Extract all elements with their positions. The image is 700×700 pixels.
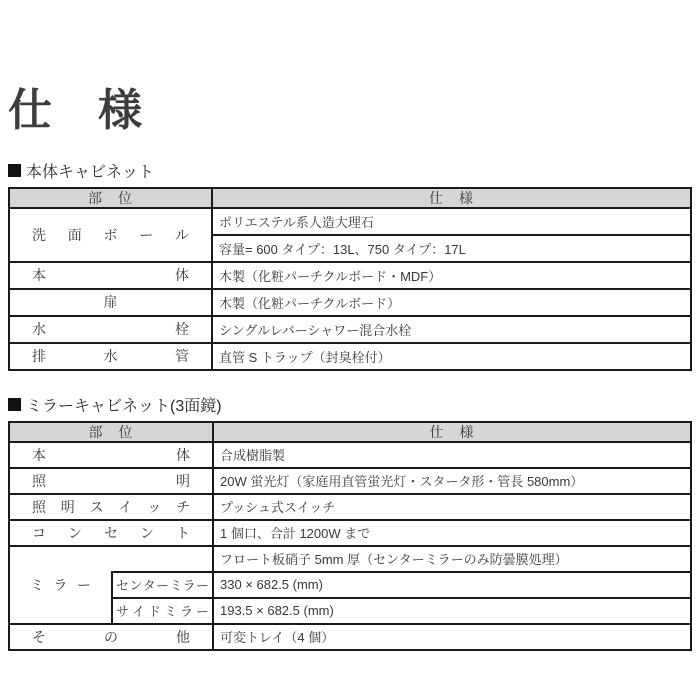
table-row-outlet: コンセント 1 個口、合計 1200W まで — [10, 519, 690, 545]
table-row-body: 本体 合成樹脂製 — [10, 441, 690, 467]
spec-cell: シングルレバーシャワー混合水栓 — [211, 317, 690, 342]
spec-cell: プッシュ式スイッチ — [212, 495, 690, 519]
section-body-cabinet: 本体キャビネット 部 位 仕 様 洗面ボール ポリエステル系人造大理石 容量= … — [8, 159, 692, 371]
table-row-basin: 洗面ボール ポリエステル系人造大理石 容量= 600 タイプ：13L、750 タ… — [10, 207, 690, 261]
part-cell: その他 — [10, 625, 212, 649]
mirror-sub-label: サイドミラー — [111, 597, 212, 623]
table-row-door: 扉 木製（化粧パーチクルボード） — [10, 288, 690, 315]
spec-cell: フロート板硝子 5mm 厚（センターミラーのみ防曇膜処理） — [212, 547, 690, 571]
table-row-light-switch: 照明スイッチ プッシュ式スイッチ — [10, 493, 690, 519]
section-heading-text: ミラーキャビネット(3面鏡) — [26, 393, 222, 416]
part-cell: 照明 — [10, 469, 212, 493]
table-row-faucet: 水栓 シングルレバーシャワー混合水栓 — [10, 315, 690, 342]
table-row-lighting: 照明 20W 蛍光灯（家庭用直管蛍光灯・スタータ形・管長 580mm） — [10, 467, 690, 493]
spec-cell: 1 個口、合計 1200W まで — [212, 521, 690, 545]
part-cell: 本体 — [10, 443, 212, 467]
part-cell: 照明スイッチ — [10, 495, 212, 519]
spec-cell: ポリエステル系人造大理石 — [213, 209, 690, 234]
table-row-drain: 排水管 直管 S トラップ（封臭栓付） — [10, 342, 690, 369]
section-bullet-icon — [8, 164, 21, 177]
mirror-cabinet-table: 部 位 仕 様 本体 合成樹脂製 照明 20W 蛍光灯（家庭用直管蛍光灯・スター… — [8, 421, 692, 651]
spec-cell: 容量= 600 タイプ：13L、750 タイプ：17L — [213, 234, 690, 261]
section-heading: 本体キャビネット — [8, 159, 692, 182]
spec-cell: 直管 S トラップ（封臭栓付） — [211, 344, 690, 369]
part-cell: 水栓 — [10, 317, 211, 342]
spec-page: 仕 様 本体キャビネット 部 位 仕 様 洗面ボール ポリエステル系人造大理石 … — [0, 0, 700, 700]
part-cell: ミラー — [10, 547, 111, 623]
page-title: 仕 様 — [8, 86, 692, 137]
table-row-mirror-group: ミラー フロート板硝子 5mm 厚（センターミラーのみ防曇膜処理） センターミラ… — [10, 545, 690, 623]
part-cell: 扉 — [10, 290, 211, 315]
section-bullet-icon — [8, 398, 21, 411]
table-row-other: その他 可変トレイ（4 個） — [10, 623, 690, 649]
section-heading: ミラーキャビネット(3面鏡) — [8, 393, 692, 416]
part-cell: 洗面ボール — [10, 209, 211, 261]
body-cabinet-table: 部 位 仕 様 洗面ボール ポリエステル系人造大理石 容量= 600 タイプ：1… — [8, 187, 692, 371]
table-header-row: 部 位 仕 様 — [10, 189, 690, 207]
spec-cell: 193.5 × 682.5 (mm) — [212, 597, 690, 623]
part-cell: コンセント — [10, 521, 212, 545]
spec-cell: 20W 蛍光灯（家庭用直管蛍光灯・スタータ形・管長 580mm） — [212, 469, 690, 493]
table-row-body: 本体 木製（化粧パーチクルボード・MDF） — [10, 261, 690, 288]
mirror-sub-label: センターミラー — [111, 571, 212, 597]
table-header-row: 部 位 仕 様 — [10, 423, 690, 441]
section-heading-text: 本体キャビネット — [26, 159, 154, 182]
header-cell-spec: 仕 様 — [211, 189, 690, 207]
spec-stack: ポリエステル系人造大理石 容量= 600 タイプ：13L、750 タイプ：17L — [211, 209, 690, 261]
header-cell-spec: 仕 様 — [212, 423, 690, 441]
header-cell-part: 部 位 — [10, 423, 212, 441]
part-cell: 本体 — [10, 263, 211, 288]
spec-cell: 木製（化粧パーチクルボード） — [211, 290, 690, 315]
spec-cell: 木製（化粧パーチクルボード・MDF） — [211, 263, 690, 288]
header-cell-part: 部 位 — [10, 189, 211, 207]
spec-cell: 330 × 682.5 (mm) — [212, 571, 690, 597]
spec-cell: 可変トレイ（4 個） — [212, 625, 690, 649]
part-cell: 排水管 — [10, 344, 211, 369]
section-mirror-cabinet: ミラーキャビネット(3面鏡) 部 位 仕 様 本体 合成樹脂製 照明 20W 蛍… — [8, 393, 692, 651]
empty-cell — [111, 547, 212, 571]
spec-cell: 合成樹脂製 — [212, 443, 690, 467]
